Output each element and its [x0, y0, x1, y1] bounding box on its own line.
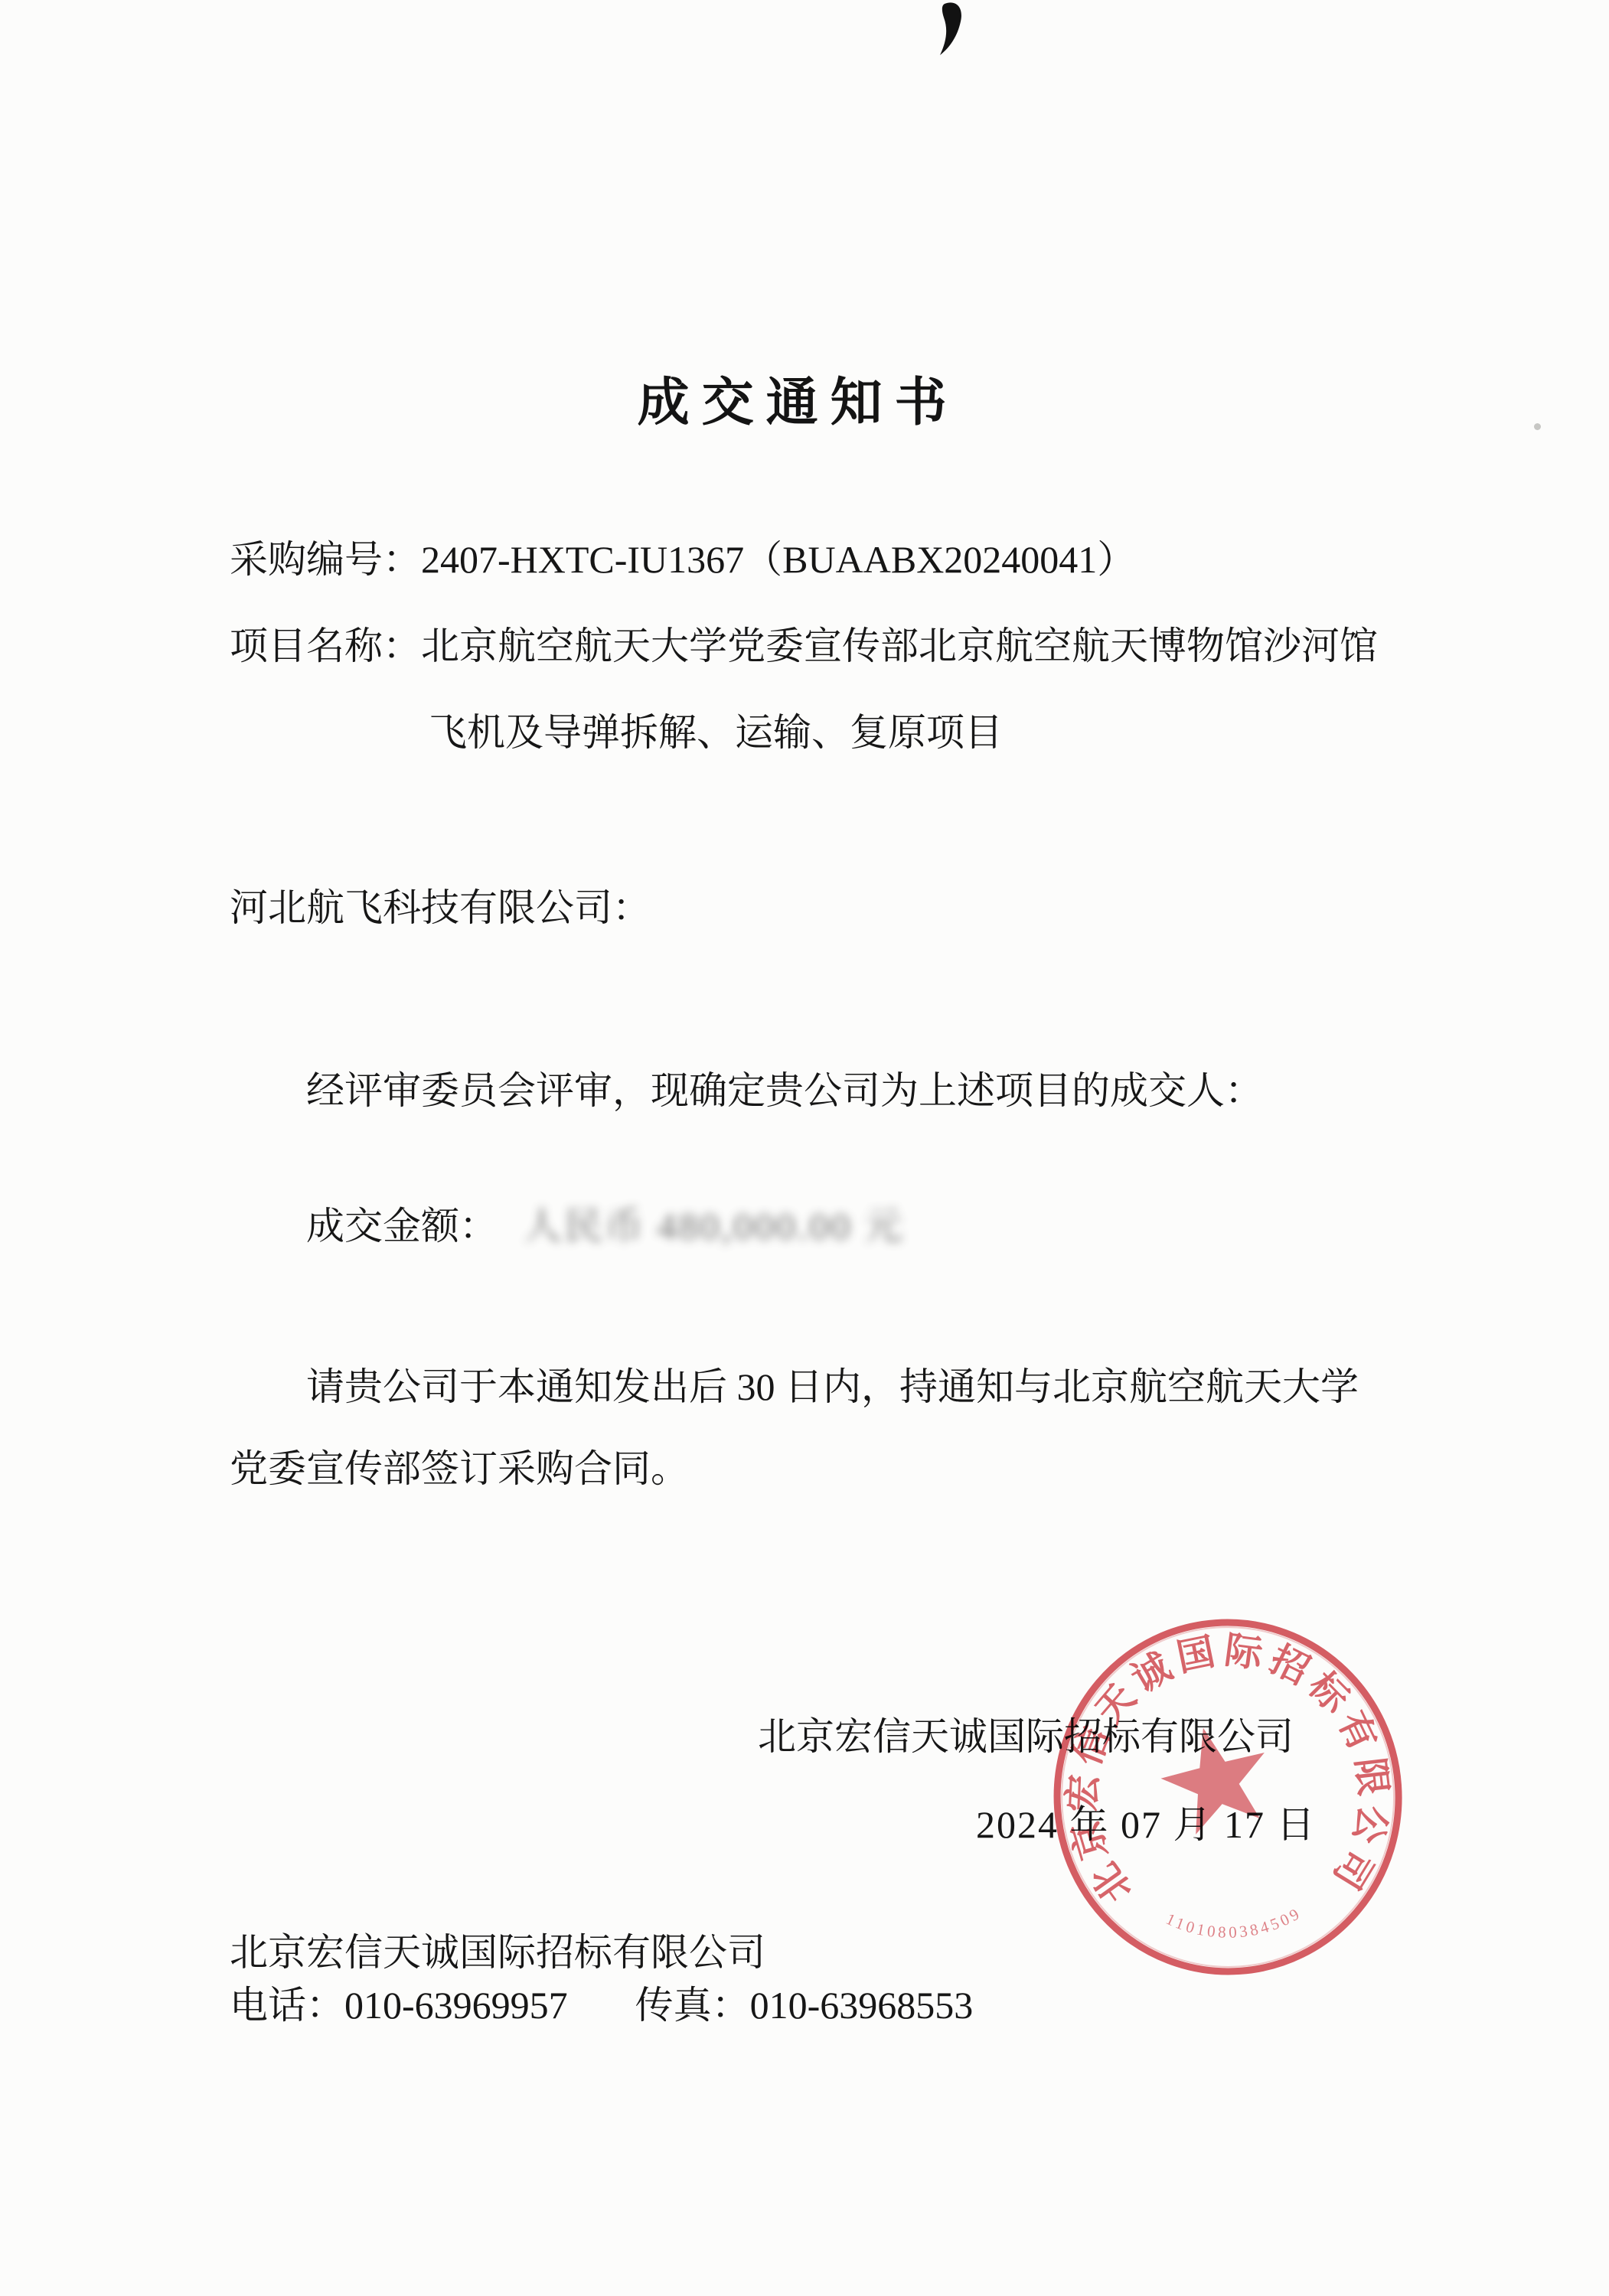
footer-contacts: 电话：010-63969957传真：010-63968553	[230, 1975, 973, 2030]
instruction-line2: 党委宣传部签订采购合同。	[230, 1447, 689, 1490]
amount-value-redacted: 人民币 480,000.00 元	[524, 1205, 905, 1247]
project-name-label: 项目名称：	[230, 625, 421, 667]
procurement-number-line: 采购编号：2407-HXTC-IU1367（BUAABX20240041）	[230, 538, 1135, 581]
scan-speck-artifact	[1534, 423, 1541, 430]
svg-text:1101080384509: 1101080384509	[1162, 1900, 1306, 1946]
fax-label: 传真：	[635, 1984, 750, 2027]
amount-label: 成交金额：	[306, 1205, 498, 1247]
award-confirmation-line: 经评审委员会评审，现确定贵公司为上述项目的成交人：	[306, 1069, 1263, 1112]
project-name-line1: 项目名称：北京航空航天大学党委宣传部北京航空航天博物馆沙河馆	[230, 625, 1378, 667]
project-name-value-line1: 北京航空航天大学党委宣传部北京航空航天博物馆沙河馆	[421, 625, 1378, 667]
instruction-line1: 请贵公司于本通知发出后 30 日内，持通知与北京航空航天大学	[306, 1365, 1359, 1408]
addressee-line: 河北航飞科技有限公司：	[230, 886, 651, 929]
page-title: 成交通知书	[638, 361, 959, 435]
footer-company: 北京宏信天诚国际招标有限公司	[230, 1922, 765, 1977]
project-name-line2: 飞机及导弹拆解、运输、复原项目	[429, 711, 1003, 754]
ink-blot-artifact	[935, 2, 967, 57]
scanned-notice-page: 成交通知书 采购编号：2407-HXTC-IU1367（BUAABX202400…	[0, 0, 1609, 2296]
company-seal: 北京宏信天诚国际招标有限公司 1101080384509	[1037, 1604, 1418, 1988]
amount-line: 成交金额：人民币 480,000.00 元	[306, 1205, 905, 1247]
phone-label: 电话：	[230, 1984, 344, 2027]
seal-star-icon	[1157, 1724, 1270, 1836]
fax-number: 010-63968553	[750, 1984, 974, 2027]
phone-number: 010-63969957	[344, 1984, 568, 2027]
procurement-number-label: 采购编号：	[230, 538, 421, 581]
seal-serial-text: 1101080384509	[1162, 1900, 1306, 1946]
procurement-number-value: 2407-HXTC-IU1367（BUAABX20240041）	[421, 538, 1135, 581]
